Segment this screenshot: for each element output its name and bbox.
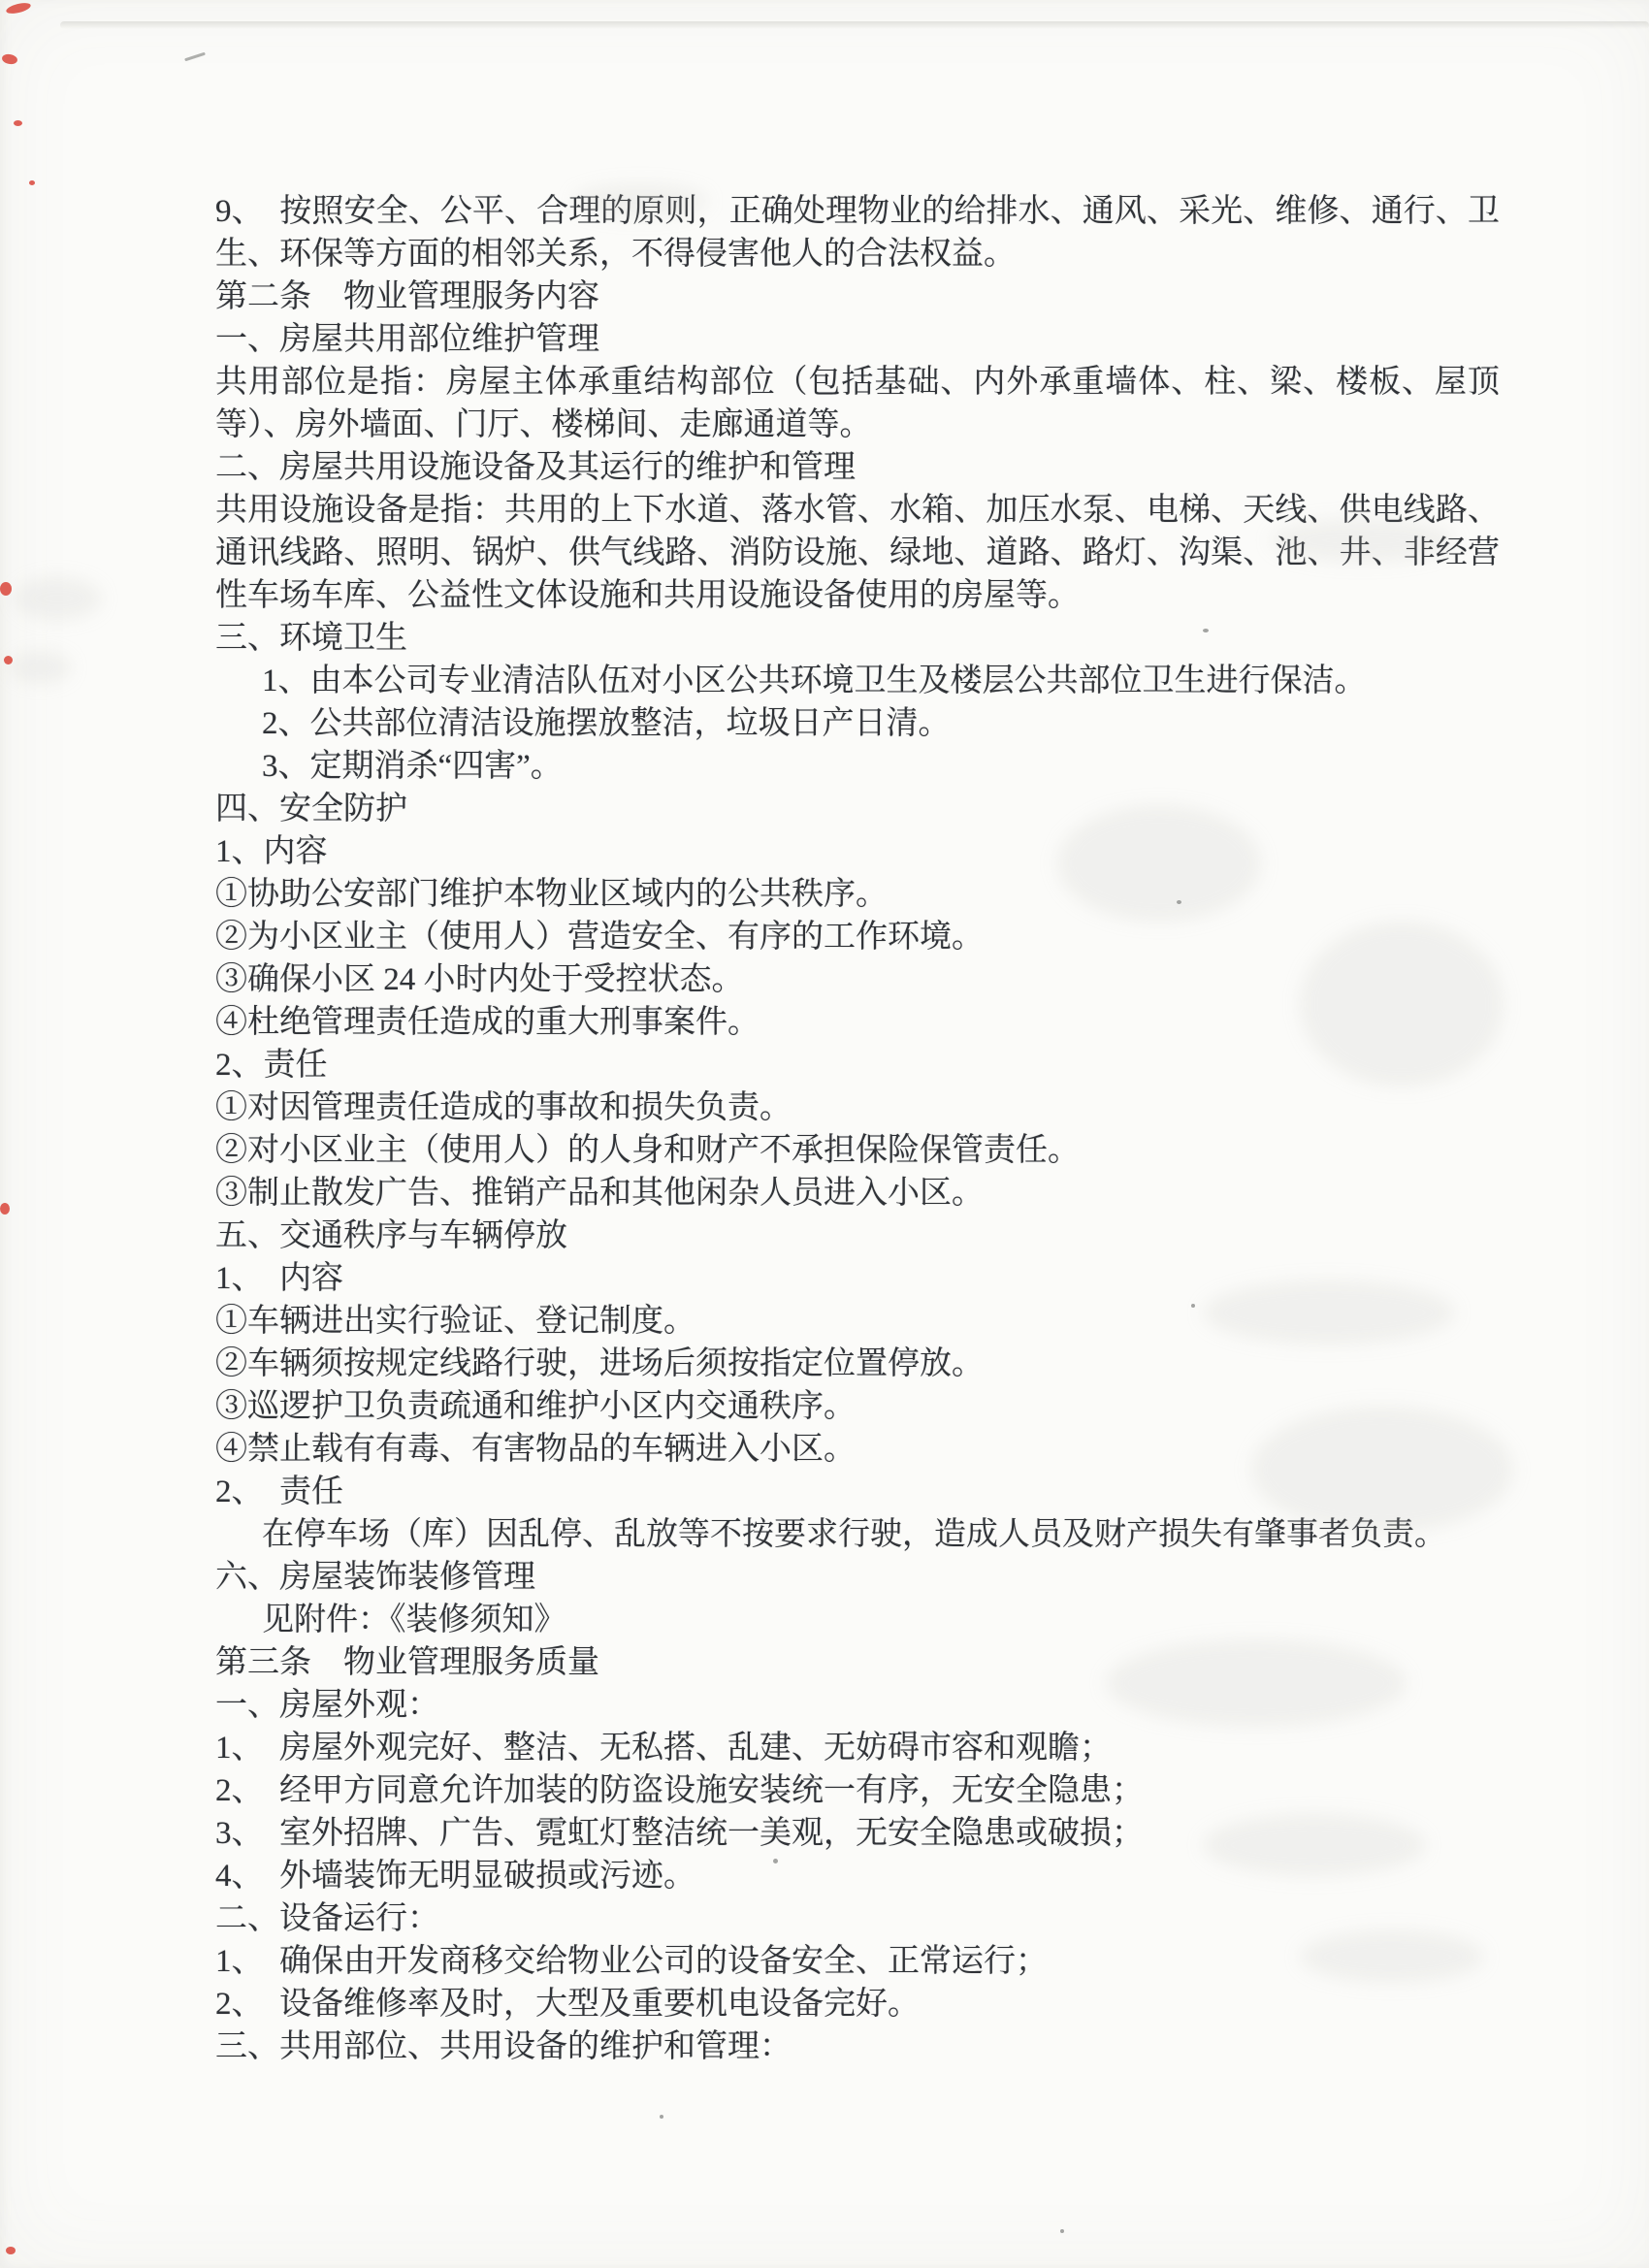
bleed-through-smudge	[1300, 1930, 1484, 1983]
bleed-through-smudge	[1271, 519, 1455, 562]
document-paragraph: ②车辆须按规定线路行驶，进场后须按指定位置停放。	[215, 1343, 1500, 1385]
scanner-edge-artifact	[60, 21, 1649, 29]
bleed-through-smudge	[1203, 1280, 1455, 1345]
scanned-document-page: 9、 按照安全、公平、合理的原则，正确处理物业的给排水、通风、采光、维修、通行、…	[0, 0, 1649, 2268]
red-ink-speck	[0, 1203, 10, 1215]
document-paragraph: 三、共用部位、共用设备的维护和管理：	[215, 2025, 1500, 2068]
red-ink-speck	[5, 1, 31, 16]
red-ink-speck	[29, 180, 35, 185]
bleed-through-smudge	[572, 184, 708, 217]
document-paragraph: ②为小区业主（使用人）营造安全、有序的工作环境。	[215, 916, 1500, 958]
document-paragraph: ③制止散发广告、推销产品和其他闲杂人员进入小区。	[215, 1172, 1500, 1215]
document-paragraph: 2、公共部位清洁设施摆放整洁，垃圾日产日清。	[215, 702, 1500, 745]
dust-speck	[734, 424, 738, 428]
dust-speck	[1177, 900, 1181, 904]
bleed-through-smudge	[1106, 1639, 1406, 1727]
dust-speck	[773, 1859, 778, 1863]
bleed-through-smudge	[1057, 805, 1261, 922]
red-ink-speck	[4, 656, 13, 664]
red-ink-speck	[14, 120, 22, 126]
bleed-through-smudge	[15, 577, 102, 620]
document-paragraph: 五、交通秩序与车辆停放	[215, 1215, 1500, 1257]
document-paragraph: 2、 设备维修率及时，大型及重要机电设备完好。	[215, 1983, 1500, 2025]
document-paragraph: 见附件：《装修须知》	[215, 1599, 1500, 1641]
dust-speck	[1060, 2229, 1064, 2233]
bleed-through-smudge	[1203, 1814, 1426, 1876]
document-paragraph: 1、 房屋外观完好、整洁、无私搭、乱建、无妨碍市容和观瞻；	[215, 1727, 1500, 1769]
bleed-through-smudge	[1300, 922, 1503, 1086]
red-ink-speck	[1, 53, 17, 66]
document-body: 9、 按照安全、公平、合理的原则，正确处理物业的给排水、通风、采光、维修、通行、…	[215, 190, 1500, 2068]
document-paragraph: 1、由本公司专业清洁队伍对小区公共环境卫生及楼层公共部位卫生进行保洁。	[215, 660, 1500, 702]
document-paragraph: 9、 按照安全、公平、合理的原则，正确处理物业的给排水、通风、采光、维修、通行、…	[215, 190, 1500, 275]
document-paragraph: 六、房屋装饰装修管理	[215, 1556, 1500, 1599]
document-paragraph: 二、房屋共用设施设备及其运行的维护和管理	[215, 446, 1500, 489]
document-paragraph: ①协助公安部门维护本物业区域内的公共秩序。	[215, 873, 1500, 916]
dust-speck	[660, 2115, 663, 2119]
red-ink-speck	[0, 582, 12, 596]
document-paragraph: 1、内容	[215, 830, 1500, 873]
document-paragraph: 二、设备运行：	[215, 1897, 1500, 1940]
document-paragraph: 一、房屋共用部位维护管理	[215, 318, 1500, 361]
red-ink-speck	[6, 2247, 16, 2254]
bleed-through-smudge	[1251, 1407, 1513, 1533]
dust-speck	[1203, 629, 1209, 632]
document-paragraph: 2、 经甲方同意允许加装的防盗设施安装统一有序，无安全隐患；	[215, 1769, 1500, 1812]
bleed-through-smudge	[10, 652, 72, 683]
pen-stray-mark	[184, 52, 206, 62]
document-paragraph: 共用部位是指：房屋主体承重结构部位（包括基础、内外承重墙体、柱、梁、楼板、屋顶等…	[215, 361, 1500, 446]
document-paragraph: 2、责任	[215, 1044, 1500, 1086]
document-paragraph: ②对小区业主（使用人）的人身和财产不承担保险保管责任。	[215, 1129, 1500, 1172]
document-paragraph: 3、定期消杀“四害”。	[215, 745, 1500, 788]
document-paragraph: 三、环境卫生	[215, 617, 1500, 660]
document-paragraph: 四、安全防护	[215, 788, 1500, 830]
document-paragraph: ①对因管理责任造成的事故和损失负责。	[215, 1086, 1500, 1129]
dust-speck	[1191, 1304, 1195, 1308]
document-paragraph: 第二条 物业管理服务内容	[215, 275, 1500, 318]
